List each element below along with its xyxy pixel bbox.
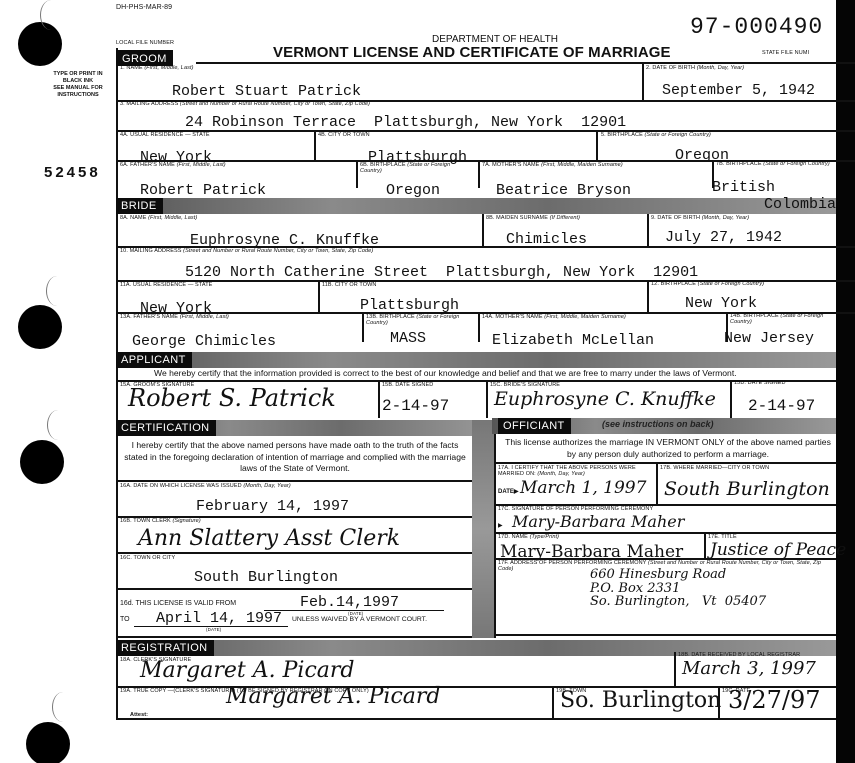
valid-to-label: TO bbox=[120, 616, 130, 623]
bride-signature: Euphrosyne C. Knuffke bbox=[494, 388, 716, 410]
married-on-label: 17a. I CERTIFY THAT THE ABOVE PERSONS WE… bbox=[498, 466, 648, 478]
side-instructions: TYPE OR PRINT IN BLACK INK SEE MANUAL FO… bbox=[40, 71, 116, 99]
bride-address-label: 10. MAILING ADDRESS (Street and Number o… bbox=[120, 249, 373, 255]
clerk-signature: Margaret A. Picard bbox=[140, 658, 354, 683]
valid-to-date: April 14, 1997 bbox=[156, 610, 282, 627]
instruction-line: SEE MANUAL FOR bbox=[40, 85, 116, 92]
certification-statement: I hereby certify that the above named pe… bbox=[122, 440, 468, 475]
officiant-title: Justice of Peace bbox=[710, 540, 846, 560]
bride-mother-birthplace: New Jersey bbox=[724, 330, 814, 347]
local-file-number-label: LOCAL FILE NUMBER bbox=[116, 41, 174, 47]
instruction-line: INSTRUCTIONS bbox=[40, 92, 116, 99]
groom-mother-birthplace-label: 7b. BIRTHPLACE (State or Foreign Country… bbox=[716, 162, 836, 168]
license-issued-date: February 14, 1997 bbox=[196, 498, 349, 515]
groom-signature: Robert S. Patrick bbox=[128, 384, 336, 412]
bride-father-label: 13a. FATHER'S NAME (First, Middle, Last) bbox=[120, 315, 229, 321]
bride-section-header: BRIDE bbox=[116, 198, 163, 214]
bride-dob-label: 9. DATE OF BIRTH (Month, Day, Year) bbox=[651, 216, 749, 222]
married-on-date: March 1, 1997 bbox=[520, 478, 646, 498]
bride-name-label: 8a. NAME (First, Middle, Last) bbox=[120, 216, 197, 222]
bride-maiden-label: 8b. MAIDEN SURNAME (If Different) bbox=[486, 216, 580, 222]
waiver-text: UNLESS WAIVED BY A VERMONT COURT. bbox=[292, 616, 427, 623]
registration-town: So. Burlington bbox=[560, 688, 721, 713]
officiant-statement: This license authorizes the marriage IN … bbox=[500, 437, 836, 460]
groom-father: Robert Patrick bbox=[140, 182, 266, 199]
officiant-note: (see instructions on back) bbox=[602, 419, 714, 429]
groom-mother-birthplace-cont: Colombia bbox=[764, 196, 836, 213]
binding-hole bbox=[20, 440, 64, 484]
applicant-section-bar: APPLICANT bbox=[116, 352, 836, 368]
address-line: So. Burlington, Vt 05407 bbox=[590, 595, 766, 609]
bride-father-birthplace-label: 13b. BIRTHPLACE (State or Foreign Countr… bbox=[366, 315, 478, 327]
bride-birthplace: New York bbox=[685, 295, 757, 312]
groom-father-label: 6a. FATHER'S NAME (First, Middle, Last) bbox=[120, 163, 226, 169]
bride-dob: July 27, 1942 bbox=[665, 229, 782, 246]
groom-birthplace-label: 5. BIRTHPLACE (State or Foreign Country) bbox=[601, 133, 711, 139]
address-line: 660 Hinesburg Road bbox=[590, 568, 766, 582]
bride-date-signed: 2-14-97 bbox=[748, 397, 815, 415]
instruction-line: BLACK INK bbox=[40, 78, 116, 85]
license-issued-label: 16a. DATE ON WHICH LICENSE WAS ISSUED (M… bbox=[120, 484, 291, 490]
officiant-signature: Mary-Barbara Maher bbox=[512, 512, 684, 531]
certification-section-header: CERTIFICATION bbox=[116, 420, 216, 436]
registration-date: 3/27/97 bbox=[728, 686, 821, 714]
groom-dob: September 5, 1942 bbox=[662, 82, 815, 99]
groom-dob-label: 2. DATE OF BIRTH (Month, Day, Year) bbox=[646, 66, 744, 72]
town-or-city-label: 16c. TOWN OR CITY bbox=[120, 556, 175, 562]
certification-section-bar: CERTIFICATION bbox=[116, 420, 491, 436]
date-prefix: DATE▶ bbox=[498, 488, 519, 495]
bride-birthplace-label: 12. BIRTHPLACE (State or Foreign Country… bbox=[651, 282, 764, 288]
bride-residence-city-label: 11b. CITY OR TOWN bbox=[322, 283, 376, 289]
bride-residence-state-label: 11a. USUAL RESIDENCE — STATE bbox=[120, 283, 212, 289]
binding-arc bbox=[52, 692, 74, 722]
groom-name: Robert Stuart Patrick bbox=[172, 83, 361, 100]
date-caption: (DATE) bbox=[206, 628, 221, 633]
bride-mother: Elizabeth McLellan bbox=[492, 332, 654, 349]
groom-address: 24 Robinson Terrace Plattsburgh, New Yor… bbox=[185, 114, 626, 131]
groom-father-birthplace: Oregon bbox=[386, 182, 440, 199]
bride-section-bar: BRIDE bbox=[116, 198, 836, 214]
valid-from-label: 16d. THIS LICENSE IS VALID FROM bbox=[120, 600, 236, 607]
where-married-label: 17b. WHERE MARRIED—CITY OR TOWN bbox=[660, 466, 769, 472]
binding-arc bbox=[46, 276, 68, 306]
groom-mother: Beatrice Bryson bbox=[496, 182, 631, 199]
bride-date-signed-label: 15d. DATE SIGNED bbox=[734, 381, 786, 387]
groom-date-signed: 2-14-97 bbox=[382, 397, 449, 415]
groom-residence-state-label: 4a. USUAL RESIDENCE — STATE bbox=[120, 133, 210, 139]
instruction-line: TYPE OR PRINT IN bbox=[40, 71, 116, 78]
binding-hole bbox=[18, 305, 62, 349]
form-code: DH-PHS-MAR-89 bbox=[116, 4, 172, 11]
groom-date-signed-label: 15b. DATE SIGNED bbox=[382, 383, 433, 389]
valid-from-date: Feb.14,1997 bbox=[300, 594, 399, 611]
registration-section-header: REGISTRATION bbox=[116, 640, 214, 656]
applicant-section-header: APPLICANT bbox=[116, 352, 192, 368]
groom-father-birthplace-label: 6b. BIRTHPLACE (State or Foreign Country… bbox=[360, 163, 472, 175]
town-clerk-label: 16b. TOWN CLERK (Signature) bbox=[120, 519, 201, 525]
groom-name-label: 1. NAME (First, Middle, Last) bbox=[120, 66, 194, 72]
address-line: P.O. Box 2331 bbox=[590, 582, 766, 596]
groom-address-label: 3. MAILING ADDRESS (Street and Number or… bbox=[120, 102, 370, 108]
marriage-certificate-form: GROOM 1. NAME (First, Middle, Last) Robe… bbox=[116, 48, 855, 718]
applicant-statement: We hereby certify that the information p… bbox=[154, 368, 737, 378]
side-number: 52458 bbox=[44, 164, 101, 181]
groom-mother-birthplace: British bbox=[712, 179, 775, 196]
groom-mother-label: 7a. MOTHER'S NAME (First, Middle, Maiden… bbox=[482, 163, 623, 169]
signature-prefix: ▶ bbox=[498, 522, 503, 529]
town-or-city: South Burlington bbox=[194, 569, 338, 586]
date-received: March 3, 1997 bbox=[682, 658, 816, 679]
where-married: South Burlington bbox=[664, 478, 830, 500]
officiant-section-header: OFFICIANT bbox=[498, 418, 571, 434]
groom-section-header: GROOM bbox=[116, 50, 173, 66]
town-clerk-signature: Ann Slattery Asst Clerk bbox=[138, 526, 400, 551]
bride-address: 5120 North Catherine Street Plattsburgh,… bbox=[185, 264, 698, 281]
officiant-address: 660 Hinesburg Road P.O. Box 2331 So. Bur… bbox=[590, 568, 766, 609]
true-copy-signature: Margaret A. Picard bbox=[226, 684, 440, 709]
bride-father-birthplace: MASS bbox=[390, 330, 426, 347]
bride-mother-label: 14a. MOTHER'S NAME (First, Middle, Maide… bbox=[482, 315, 626, 321]
binding-arc bbox=[47, 410, 69, 440]
binding-hole bbox=[26, 722, 70, 763]
groom-residence-city-label: 4b. CITY OR TOWN bbox=[318, 133, 370, 139]
bride-father: George Chimicles bbox=[132, 333, 276, 350]
state-file-number: 97-000490 bbox=[690, 14, 823, 40]
binding-arc bbox=[40, 0, 62, 30]
officiant-name-label: 17d. NAME (Type/Print) bbox=[498, 535, 559, 541]
bride-mother-birthplace-label: 14b. BIRTHPLACE (State or Foreign Countr… bbox=[730, 314, 840, 326]
